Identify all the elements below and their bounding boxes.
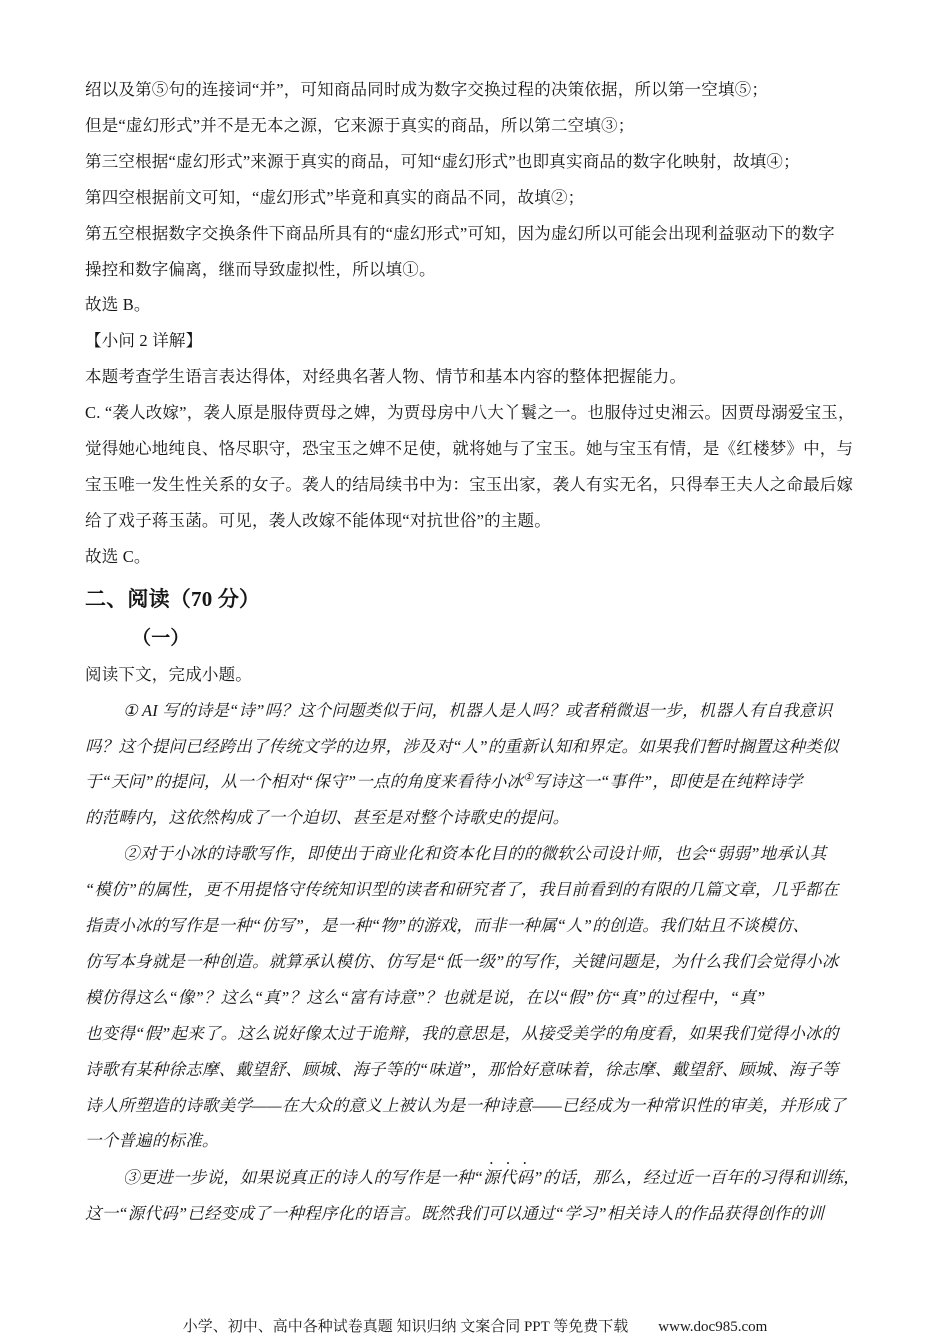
text-segment: 于“天问”的提问，从一个相对“保守”一点的角度来看待小冰 [85, 772, 523, 791]
text-line: 绍以及第⑤句的连接词“并”，可知商品同时成为数字交换过程的决策依据，所以第一空填… [85, 72, 869, 108]
text-line: ②对于小冰的诗歌写作，即使出于商业化和资本化目的的微软公司设计师，也会“弱弱”地… [85, 836, 869, 872]
text-line: 宝玉唯一发生性关系的女子。袭人的结局续书中为：宝玉出家，袭人有实无名，只得奉王夫… [85, 467, 869, 503]
text-line: 第三空根据“虚幻形式”来源于真实的商品，可知“虚幻形式”也即真实商品的数字化映射… [85, 144, 869, 180]
text-line: 但是“虚幻形式”并不是无本之源，它来源于真实的商品，所以第二空填③； [85, 108, 869, 144]
text-line: 诗人所塑造的诗歌美学——在大众的意义上被认为是一种诗意——已经成为一种常识性的审… [85, 1088, 869, 1124]
text-line: ③更进一步说，如果说真正的诗人的写作是一种“源代码”的话，那么，经过近一百年的习… [85, 1159, 869, 1196]
text-segment: ③更进一步说，如果说真正的诗人的写作是一种“ [123, 1168, 483, 1187]
document-body: 绍以及第⑤句的连接词“并”，可知商品同时成为数字交换过程的决策依据，所以第一空填… [85, 72, 869, 1232]
text-line: 的范畴内，这依然构成了一个迫切、甚至是对整个诗歌史的提问。 [85, 800, 869, 836]
text-line: 给了戏子蒋玉菡。可见，袭人改嫁不能体现“对抗世俗”的主题。 [85, 503, 869, 539]
text-line: 这一“源代码”已经变成了一种程序化的语言。既然我们可以通过“学习”相关诗人的作品… [85, 1196, 869, 1232]
text-line: 诗歌有某种徐志摩、戴望舒、顾城、海子等的“味道”，那恰好意味着，徐志摩、戴望舒、… [85, 1052, 869, 1088]
subquestion-header: 【小问 2 详解】 [85, 323, 869, 359]
emphasized-text: 源代码 [483, 1168, 533, 1187]
page-footer: 小学、初中、高中各种试卷真题 知识归纳 文案合同 PPT 等免费下载www.do… [0, 1315, 950, 1336]
text-segment: ”的话，那么，经过近一百年的习得和训练， [533, 1168, 860, 1187]
text-line: 指责小冰的写作是一种“仿写”，是一种“物”的游戏，而非一种属“人”的创造。我们姑… [85, 908, 869, 944]
text-line: 模仿得这么“像”？这么“真”？这么“富有诗意”？也就是说，在以“假”仿“真”的过… [85, 980, 869, 1016]
text-line: 第四空根据前文可知，“虚幻形式”毕竟和真实的商品不同，故填②； [85, 180, 869, 216]
text-line: 觉得她心地纯良、恪尽职守，恐宝玉之婢不足使，就将她与了宝玉。她与宝玉有情，是《红… [85, 431, 869, 467]
answer-verdict: 故选 C。 [85, 539, 869, 575]
text-line: “模仿”的属性，更不用提恪守传统知识型的读者和研究者了，我目前看到的有限的几篇文… [85, 872, 869, 908]
text-line: 第五空根据数字交换条件下商品所具有的“虚幻形式”可知，因为虚幻所以可能会出现利益… [85, 216, 869, 252]
footer-promo-text: 小学、初中、高中各种试卷真题 知识归纳 文案合同 PPT 等免费下载 [183, 1319, 629, 1335]
document-page: 绍以及第⑤句的连接词“并”，可知商品同时成为数字交换过程的决策依据，所以第一空填… [0, 0, 950, 1344]
text-line: 也变得“假”起来了。这么说好像太过于诡辩，我的意思是，从接受美学的角度看，如果我… [85, 1016, 869, 1052]
text-line: 于“天问”的提问，从一个相对“保守”一点的角度来看待小冰①写诗这一“事件”，即使… [85, 764, 869, 800]
subsection-heading: （一） [85, 620, 869, 657]
text-line: ① AI 写的诗是“诗”吗？这个问题类似于问，机器人是人吗？或者稍微退一步，机器… [85, 693, 869, 729]
text-segment: 写诗这一“事件”，即使是在纯粹诗学 [533, 772, 802, 791]
text-line: 操控和数字偏离，继而导致虚拟性，所以填①。 [85, 252, 869, 288]
text-line: 本题考查学生语言表达得体，对经典名著人物、情节和基本内容的整体把握能力。 [85, 359, 869, 395]
section-heading: 二、阅读（70 分） [85, 578, 869, 620]
passage-intro: 阅读下文，完成小题。 [85, 657, 869, 693]
text-line: 吗？这个提问已经跨出了传统文学的边界，涉及对“人”的重新认知和界定。如果我们暂时… [85, 729, 869, 765]
text-line: 一个普遍的标准。 [85, 1123, 869, 1159]
footer-site-link[interactable]: www.doc985.com [658, 1319, 767, 1335]
text-line: 仿写本身就是一种创造。就算承认模仿、仿写是“低一级”的写作，关键问题是，为什么我… [85, 944, 869, 980]
answer-verdict: 故选 B。 [85, 287, 869, 323]
footnote-marker: ① [523, 772, 533, 784]
text-line: C. “袭人改嫁”，袭人原是服侍贾母之婢，为贾母房中八大丫鬟之一。也服侍过史湘云… [85, 395, 869, 431]
